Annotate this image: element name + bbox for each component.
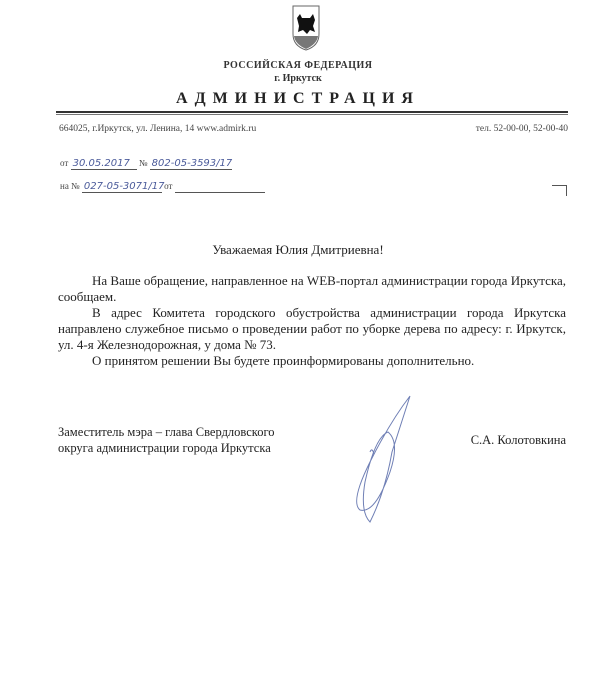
letter-greeting: Уважаемая Юлия Дмитриевна! [0,242,596,258]
address-block-corner-mark [552,185,567,196]
header-divider-thin [56,114,568,115]
number-label: № [139,158,148,168]
letter-paragraph: О принятом решении Вы будете проинформир… [58,353,566,369]
signatory-name: С.А. Колотовкина [471,433,566,448]
organization-title: АДМИНИСТРАЦИЯ [0,90,596,108]
reference-label: на № [60,181,80,191]
position-line-2: округа администрации города Иркутска [58,440,275,456]
letter-paragraph: В адрес Комитета городского обустройства… [58,305,566,353]
reference-from-label: от [164,181,172,191]
reference-registration: на № 027-05-3071/17 от [60,181,265,193]
country-name: РОССИЙСКАЯ ФЕДЕРАЦИЯ [0,60,596,71]
letter-paragraph: На Ваше обращение, направленное на WEB-п… [58,273,566,305]
from-label: от [60,158,68,168]
reference-date-blank [175,182,265,193]
outgoing-date: 30.05.2017 [71,158,137,170]
coat-of-arms-icon [291,4,321,52]
outgoing-number: 802-05-3593/17 [150,158,232,170]
header-divider [56,111,568,113]
position-line-1: Заместитель мэра – глава Свердловского [58,424,275,440]
handwritten-signature-icon [330,392,450,527]
city-name: г. Иркутск [0,73,596,84]
outgoing-registration: от 30.05.2017 № 802-05-3593/17 [60,158,232,170]
reference-number: 027-05-3071/17 [82,181,162,193]
organization-phone: тел. 52-00-00, 52-00-40 [476,124,568,134]
organization-address: 664025, г.Иркутск, ул. Ленина, 14 www.ad… [59,124,256,134]
signatory-position: Заместитель мэра – глава Свердловского о… [58,424,275,456]
